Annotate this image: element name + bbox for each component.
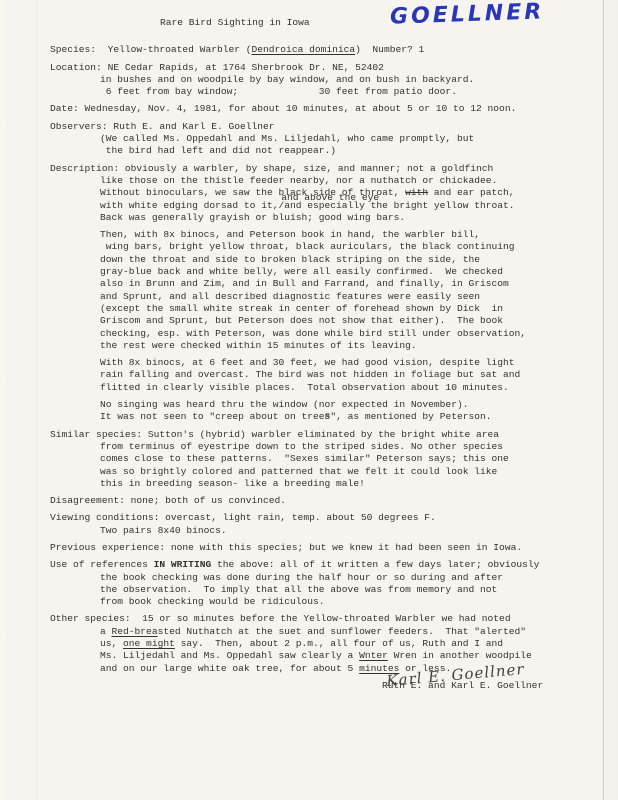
- species-section: Species: Yellow-throated Warbler (Dendro…: [0, 44, 618, 56]
- text-segment: It was not seen to "creep about on trees: [100, 411, 330, 422]
- description-paragraph-1: Description: obviously a warbler, by sha…: [0, 163, 618, 224]
- text-line: 6 feet from bay window; 30 feet from pat…: [100, 86, 618, 98]
- text-segment: ", as mentioned by Peterson.: [330, 411, 491, 422]
- text-line: wing bars, bright yellow throat, black a…: [100, 241, 618, 253]
- observers-section: Observers: Ruth E. and Karl E. Goellner …: [0, 121, 618, 158]
- text-segment: the bright yellow throat.: [365, 200, 515, 211]
- text-segment: Wren in another woodpile: [388, 650, 532, 661]
- description-paragraph-2: Then, with 8x binocs, and Peterson book …: [0, 229, 618, 352]
- text-line: down the throat and side to broken black…: [100, 254, 618, 266]
- text-line: Previous experience: none with this spec…: [50, 542, 618, 554]
- text-line: gray-blue back and white belly, were all…: [100, 266, 618, 278]
- text-line: flitted in clearly visible places. Total…: [100, 382, 618, 394]
- text-line: Then, with 8x binocs, and Peterson book …: [100, 229, 618, 241]
- insertion-anchor: and above the eyeand especially: [284, 200, 365, 211]
- text-line: No singing was heard thru the window (no…: [100, 399, 618, 411]
- text-line: Similar species: Sutton's (hybrid) warbl…: [50, 429, 618, 441]
- text-line: Two pairs 8x40 binocs.: [100, 525, 618, 537]
- text-line: also in Brunn and Zim, and in Bull and F…: [100, 278, 618, 290]
- text-line: Back was generally grayish or bluish; go…: [100, 212, 618, 224]
- species-number: ) Number? 1: [355, 44, 424, 55]
- text-line: was so brightly colored and patterned th…: [100, 466, 618, 478]
- text-line: Location: NE Cedar Rapids, at 1764 Sherb…: [50, 62, 618, 74]
- text-line: from terminus of eyestripe down to the s…: [100, 441, 618, 453]
- references-section: Use of references IN WRITING the above: …: [0, 559, 618, 608]
- text-segment: with white edging dorsad to it,/: [100, 200, 284, 211]
- description-paragraph-4: No singing was heard thru the window (no…: [0, 399, 618, 424]
- species-label: Species: Yellow-throated Warbler (: [50, 44, 252, 55]
- text-line: the book checking was done during the ha…: [100, 572, 618, 584]
- page-title: Rare Bird Sighting in Iowa: [160, 17, 618, 29]
- text-line: Use of references IN WRITING the above: …: [50, 559, 618, 571]
- document-content: Rare Bird Sighting in Iowa Species: Yell…: [0, 17, 618, 697]
- text-segment: and ear patch,: [428, 187, 514, 198]
- description-paragraph-3: With 8x binocs, at 6 feet and 30 feet, w…: [0, 357, 618, 394]
- text-segment: the above: all of it written a few days …: [211, 559, 539, 570]
- text-segment: sted Nuthatch at the suet and sunflower …: [158, 626, 526, 637]
- viewing-conditions-section: Viewing conditions: overcast, light rain…: [0, 512, 618, 537]
- text-line: the observation. To imply that all the a…: [100, 584, 618, 596]
- scientific-name: Dendroica dominica: [252, 44, 356, 55]
- text-segment: Use of references: [50, 559, 154, 570]
- species-line: Species: Yellow-throated Warbler (Dendro…: [50, 44, 618, 56]
- text-line: Viewing conditions: overcast, light rain…: [50, 512, 618, 524]
- underlined-text: one might: [123, 638, 175, 649]
- text-line: (except the small white streak in center…: [100, 303, 618, 315]
- signature-section: Ruth E. and Karl E. Goellner: [0, 680, 618, 692]
- text-line: Date: Wednesday, Nov. 4, 1981, for about…: [50, 103, 618, 115]
- text-line: Observers: Ruth E. and Karl E. Goellner: [50, 121, 618, 133]
- location-section: Location: NE Cedar Rapids, at 1764 Sherb…: [0, 62, 618, 99]
- text-segment: and on our large white oak tree, for abo…: [100, 663, 359, 674]
- text-line: Disagreement: none; both of us convinced…: [50, 495, 618, 507]
- previous-experience-section: Previous experience: none with this spec…: [0, 542, 618, 554]
- text-line: in bushes and on woodpile by bay window,…: [100, 74, 618, 86]
- text-line: With 8x binocs, at 6 feet and 30 feet, w…: [100, 357, 618, 369]
- text-line: the bird had left and did not reappear.): [100, 145, 618, 157]
- struck-out-word: with: [405, 187, 428, 198]
- underlined-text: Red-brea: [112, 626, 158, 637]
- text-line: Description: obviously a warbler, by sha…: [50, 163, 618, 175]
- document-page: GOELLNER Rare Bird Sighting in Iowa Spec…: [0, 0, 618, 800]
- emphasized-text: IN WRITING: [154, 559, 212, 570]
- overtyped-character: 8: [325, 411, 331, 422]
- text-line: this in breeding season- like a breeding…: [100, 478, 618, 490]
- text-line: comes close to these patterns. "Sexes si…: [100, 453, 618, 465]
- text-line: us, one might say. Then, about 2 p.m., a…: [100, 638, 618, 650]
- text-line: like those on the thistle feeder nearby,…: [100, 175, 618, 187]
- text-line: It was not seen to "creep about on trees…: [100, 411, 618, 423]
- text-line: (We called Ms. Oppedahl and Ms. Liljedah…: [100, 133, 618, 145]
- interlinear-insertion: and above the eye: [281, 192, 379, 204]
- text-line: a Red-breasted Nuthatch at the suet and …: [100, 626, 618, 638]
- similar-species-section: Similar species: Sutton's (hybrid) warbl…: [0, 429, 618, 490]
- text-line: Other species: 15 or so minutes before t…: [50, 613, 618, 625]
- disagreement-section: Disagreement: none; both of us convinced…: [0, 495, 618, 507]
- text-segment: Ms. Liljedahl and Ms. Oppedahl saw clear…: [100, 650, 359, 661]
- text-segment: a: [100, 626, 112, 637]
- date-section: Date: Wednesday, Nov. 4, 1981, for about…: [0, 103, 618, 115]
- text-segment: us,: [100, 638, 123, 649]
- text-line: rain falling and overcast. The bird was …: [100, 369, 618, 381]
- underlined-text: Wnter: [359, 650, 388, 661]
- text-line: and Sprunt, and all described diagnostic…: [100, 291, 618, 303]
- text-segment: say. Then, about 2 p.m., all four of us,…: [175, 638, 503, 649]
- text-line: the rest were checked within 15 minutes …: [100, 340, 618, 352]
- text-line: Griscom and Sprunt, but Peterson does no…: [100, 315, 618, 327]
- text-line: with white edging dorsad to it,/and abov…: [100, 200, 618, 212]
- text-line: from book checking would be ridiculous.: [100, 596, 618, 608]
- text-line: checking, esp. with Peterson, was done w…: [100, 328, 618, 340]
